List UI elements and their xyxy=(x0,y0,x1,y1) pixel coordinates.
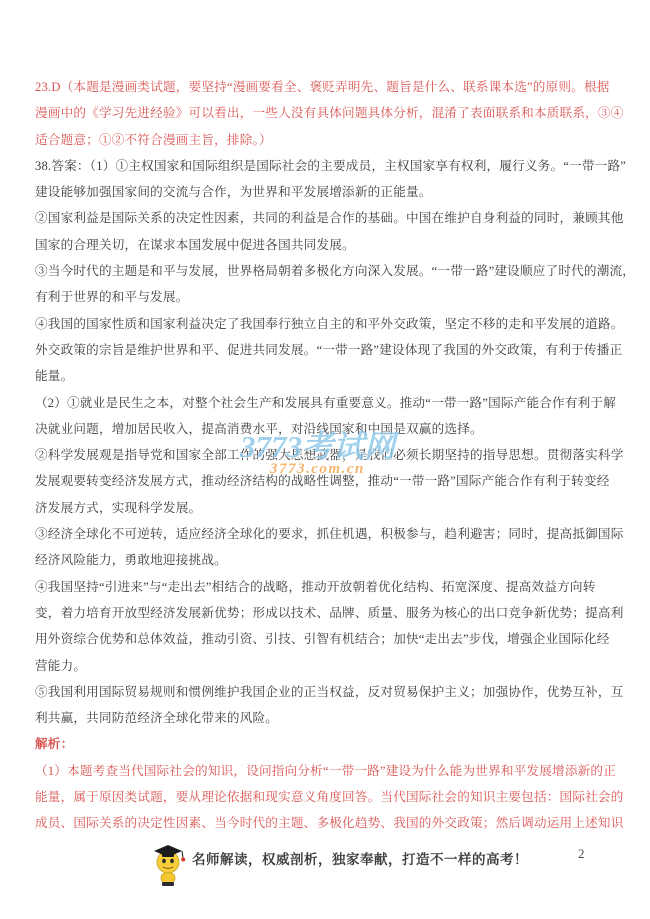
text-line: （2）①就业是民生之本，对整个社会生产和发展具有重要意义。推动“一带一路”国际产… xyxy=(35,390,621,416)
text-line: （1）本题考查当代国际社会的知识，设问指向分析“一带一路”建设为什么能为世界和平… xyxy=(35,758,621,784)
text-line: ③当今时代的主题是和平与发展，世界格局朝着多极化方向深入发展。“一带一路”建设顺… xyxy=(35,258,621,284)
document-body: 23.D（本题是漫画类试题，要坚持“漫画要看全、褒贬弄明先、题旨是什么、联系课本… xyxy=(35,74,621,837)
text-line: 变，着力培育开放型经济发展新优势；形成以技术、品牌、质量、服务为核心的出口竞争新… xyxy=(35,600,621,626)
q38-answer-block: 38.答案：（1）①主权国家和国际组织是国际社会的主要成员，主权国家享有权利，履… xyxy=(35,153,621,732)
text-line: 适合题意；①②不符合漫画主旨，排除。） xyxy=(35,127,621,153)
text-line: 用外资综合优势和总体效益，推动引资、引技、引智有机结合；加快“走出去”步伐，增强… xyxy=(35,626,621,652)
text-line: 漫画中的《学习先进经验》可以看出，一些人没有具体问题具体分析，混淆了表面联系和本… xyxy=(35,100,621,126)
text-line: ④我国的国家性质和国家利益决定了我国奉行独立自主的和平外交政策，坚定不移的走和平… xyxy=(35,311,621,337)
text-line: 建设能够加强国家间的交流与合作，为世界和平发展增添新的正能量。 xyxy=(35,179,621,205)
analysis-label: 解析： xyxy=(35,731,621,757)
text-line: 有利于世界的和平与发展。 xyxy=(35,284,621,310)
text-line: ②科学发展观是指导党和国家全部工作的强大思想武器，是我们必须长期坚持的指导思想。… xyxy=(35,442,621,468)
footer-slogan: 名师解读，权威剖析，独家奉献，打造不一样的高考！ xyxy=(192,848,528,868)
text-line: 国家的合理关切，在谋求本国发展中促进各国共同发展。 xyxy=(35,232,621,258)
q23-comment-block: 23.D（本题是漫画类试题，要坚持“漫画要看全、褒贬弄明先、题旨是什么、联系课本… xyxy=(35,74,621,153)
page-number: 2 xyxy=(578,846,585,862)
text-line: ③经济全球化不可逆转，适应经济全球化的要求，抓住机遇，积极参与，趋利避害；同时，… xyxy=(35,521,621,547)
text-line: 发展观要转变经济发展方式，推动经济结构的战略性调整，推动“一带一路”国际产能合作… xyxy=(35,468,621,494)
text-line: 营能力。 xyxy=(35,653,621,679)
text-line: ④我国坚持“引进来”与“走出去”相结合的战略，推动开放朝着优化结构、拓宽深度、提… xyxy=(35,574,621,600)
q38-analysis-block: 解析： （1）本题考查当代国际社会的知识，设问指向分析“一带一路”建设为什么能为… xyxy=(35,731,621,836)
page-footer: 名师解读，权威剖析，独家奉献，打造不一样的高考！ 2 xyxy=(0,840,650,896)
graduation-mascot-icon xyxy=(152,842,186,890)
text-line: 决就业问题，增加居民收入，提高消费水平，对沿线国家和中国是双赢的选择。 xyxy=(35,416,621,442)
text-line: 能量。 xyxy=(35,363,621,389)
text-line: 成员、国际关系的决定性因素、当今时代的主题、多极化趋势、我国的外交政策；然后调动… xyxy=(35,810,621,836)
text-line: ⑤我国利用国际贸易规则和惯例维护我国企业的正当权益，反对贸易保护主义；加强协作，… xyxy=(35,679,621,705)
text-line: 济发展方式，实现科学发展。 xyxy=(35,495,621,521)
text-line: 外交政策的宗旨是维护世界和平、促进共同发展。“一带一路”建设体现了我国的外交政策… xyxy=(35,337,621,363)
text-line: 利共赢，共同防范经济全球化带来的风险。 xyxy=(35,705,621,731)
text-line: ②国家利益是国际关系的决定性因素，共同的利益是合作的基础。中国在维护自身利益的同… xyxy=(35,205,621,231)
text-line: 经济风险能力，勇敢地迎接挑战。 xyxy=(35,547,621,573)
text-line: 23.D（本题是漫画类试题，要坚持“漫画要看全、褒贬弄明先、题旨是什么、联系课本… xyxy=(35,74,621,100)
text-line: 能量，属于原因类试题，要从理论依据和现实意义角度回答。当代国际社会的知识主要包括… xyxy=(35,784,621,810)
text-line: 38.答案：（1）①主权国家和国际组织是国际社会的主要成员，主权国家享有权利，履… xyxy=(35,153,621,179)
document-page: 23.D（本题是漫画类试题，要坚持“漫画要看全、褒贬弄明先、题旨是什么、联系课本… xyxy=(0,0,650,919)
